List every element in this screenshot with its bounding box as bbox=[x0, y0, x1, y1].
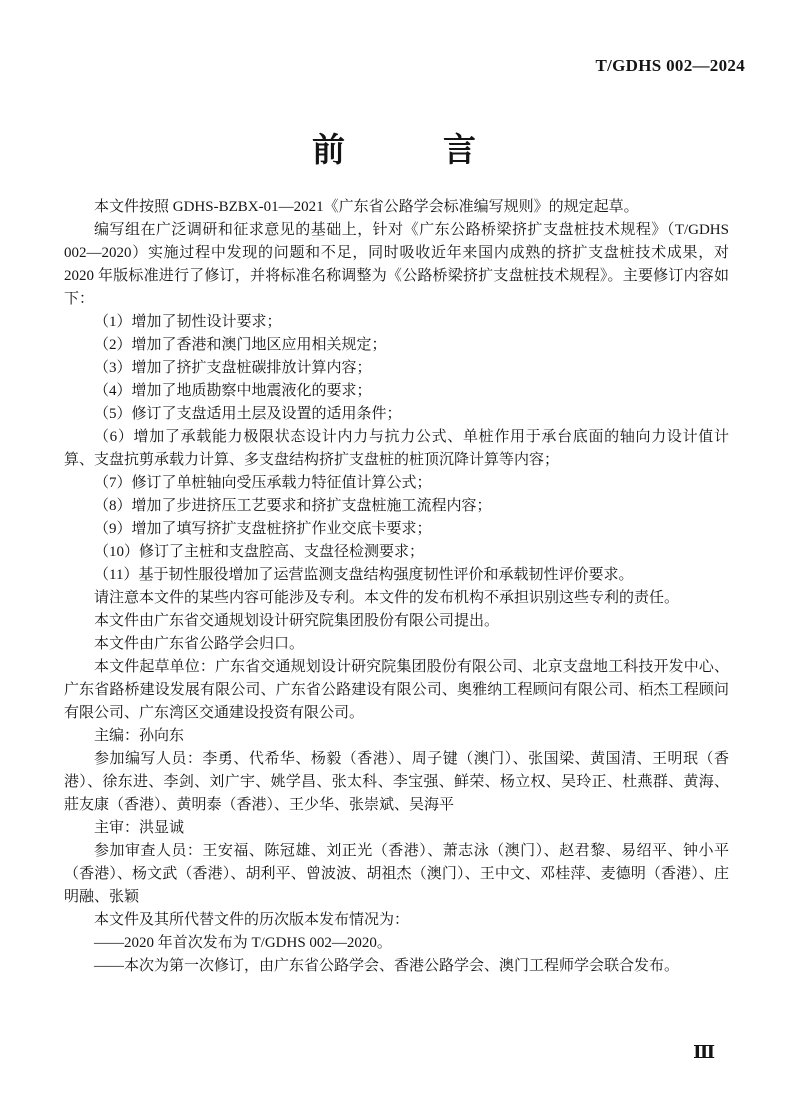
para-chief-reviewer: 主审：洪显诚 bbox=[64, 817, 729, 840]
standard-number: T/GDHS 002—2024 bbox=[596, 56, 746, 76]
revision-item-9: （9）增加了填写挤扩支盘桩挤扩作业交底卡要求； bbox=[64, 518, 729, 541]
para-patent-notice: 请注意本文件的某些内容可能涉及专利。本文件的发布机构不承担识别这些专利的责任。 bbox=[64, 587, 729, 610]
para-chief-editor: 主编：孙向东 bbox=[64, 725, 729, 748]
para-writers: 参加编写人员：李勇、代希华、杨毅（香港）、周子键（澳门）、张国梁、黄国清、王明珉… bbox=[64, 748, 729, 817]
para-history-current-revision: ——本次为第一次修订，由广东省公路学会、香港公路学会、澳门工程师学会联合发布。 bbox=[64, 955, 729, 978]
para-reviewers: 参加审查人员：王安福、陈冠雄、刘正光（香港）、萧志泳（澳门）、赵君黎、易绍平、钟… bbox=[64, 840, 729, 909]
revision-item-6: （6）增加了承载能力极限状态设计内力与抗力公式、单桩作用于承台底面的轴向力设计值… bbox=[64, 426, 729, 472]
revision-item-4: （4）增加了地质勘察中地震液化的要求； bbox=[64, 380, 729, 403]
page-number: Ⅲ bbox=[693, 1042, 715, 1063]
page-title: 前 言 bbox=[0, 124, 790, 171]
para-revision-overview: 编写组在广泛调研和征求意见的基础上，针对《广东公路桥梁挤扩支盘桩技术规程》（T/… bbox=[64, 219, 729, 311]
para-version-history-intro: 本文件及其所代替文件的历次版本发布情况为： bbox=[64, 909, 729, 932]
para-proposed-by: 本文件由广东省交通规划设计研究院集团股份有限公司提出。 bbox=[64, 610, 729, 633]
revision-item-1: （1）增加了韧性设计要求； bbox=[64, 311, 729, 334]
revision-item-8: （8）增加了步进挤压工艺要求和挤扩支盘桩施工流程内容； bbox=[64, 495, 729, 518]
para-drafting-organizations: 本文件起草单位：广东省交通规划设计研究院集团股份有限公司、北京支盘地工科技开发中… bbox=[64, 656, 729, 725]
revision-item-3: （3）增加了挤扩支盘桩碳排放计算内容； bbox=[64, 357, 729, 380]
para-drafting-basis: 本文件按照 GDHS-BZBX-01—2021《广东省公路学会标准编写规则》的规… bbox=[64, 196, 729, 219]
para-managed-by: 本文件由广东省公路学会归口。 bbox=[64, 633, 729, 656]
revision-item-5: （5）修订了支盘适用土层及设置的适用条件； bbox=[64, 403, 729, 426]
revision-item-7: （7）修订了单桩轴向受压承载力特征值计算公式； bbox=[64, 472, 729, 495]
revision-item-10: （10）修订了主桩和支盘腔高、支盘径检测要求； bbox=[64, 541, 729, 564]
revision-item-2: （2）增加了香港和澳门地区应用相关规定； bbox=[64, 334, 729, 357]
para-history-first-release: ——2020 年首次发布为 T/GDHS 002—2020。 bbox=[64, 932, 729, 955]
revision-item-11: （11）基于韧性服役增加了运营监测支盘结构强度韧性评价和承载韧性评价要求。 bbox=[64, 564, 729, 587]
document-page: T/GDHS 002—2024 前 言 本文件按照 GDHS-BZBX-01—2… bbox=[0, 0, 790, 1113]
foreword-body: 本文件按照 GDHS-BZBX-01—2021《广东省公路学会标准编写规则》的规… bbox=[64, 196, 729, 978]
